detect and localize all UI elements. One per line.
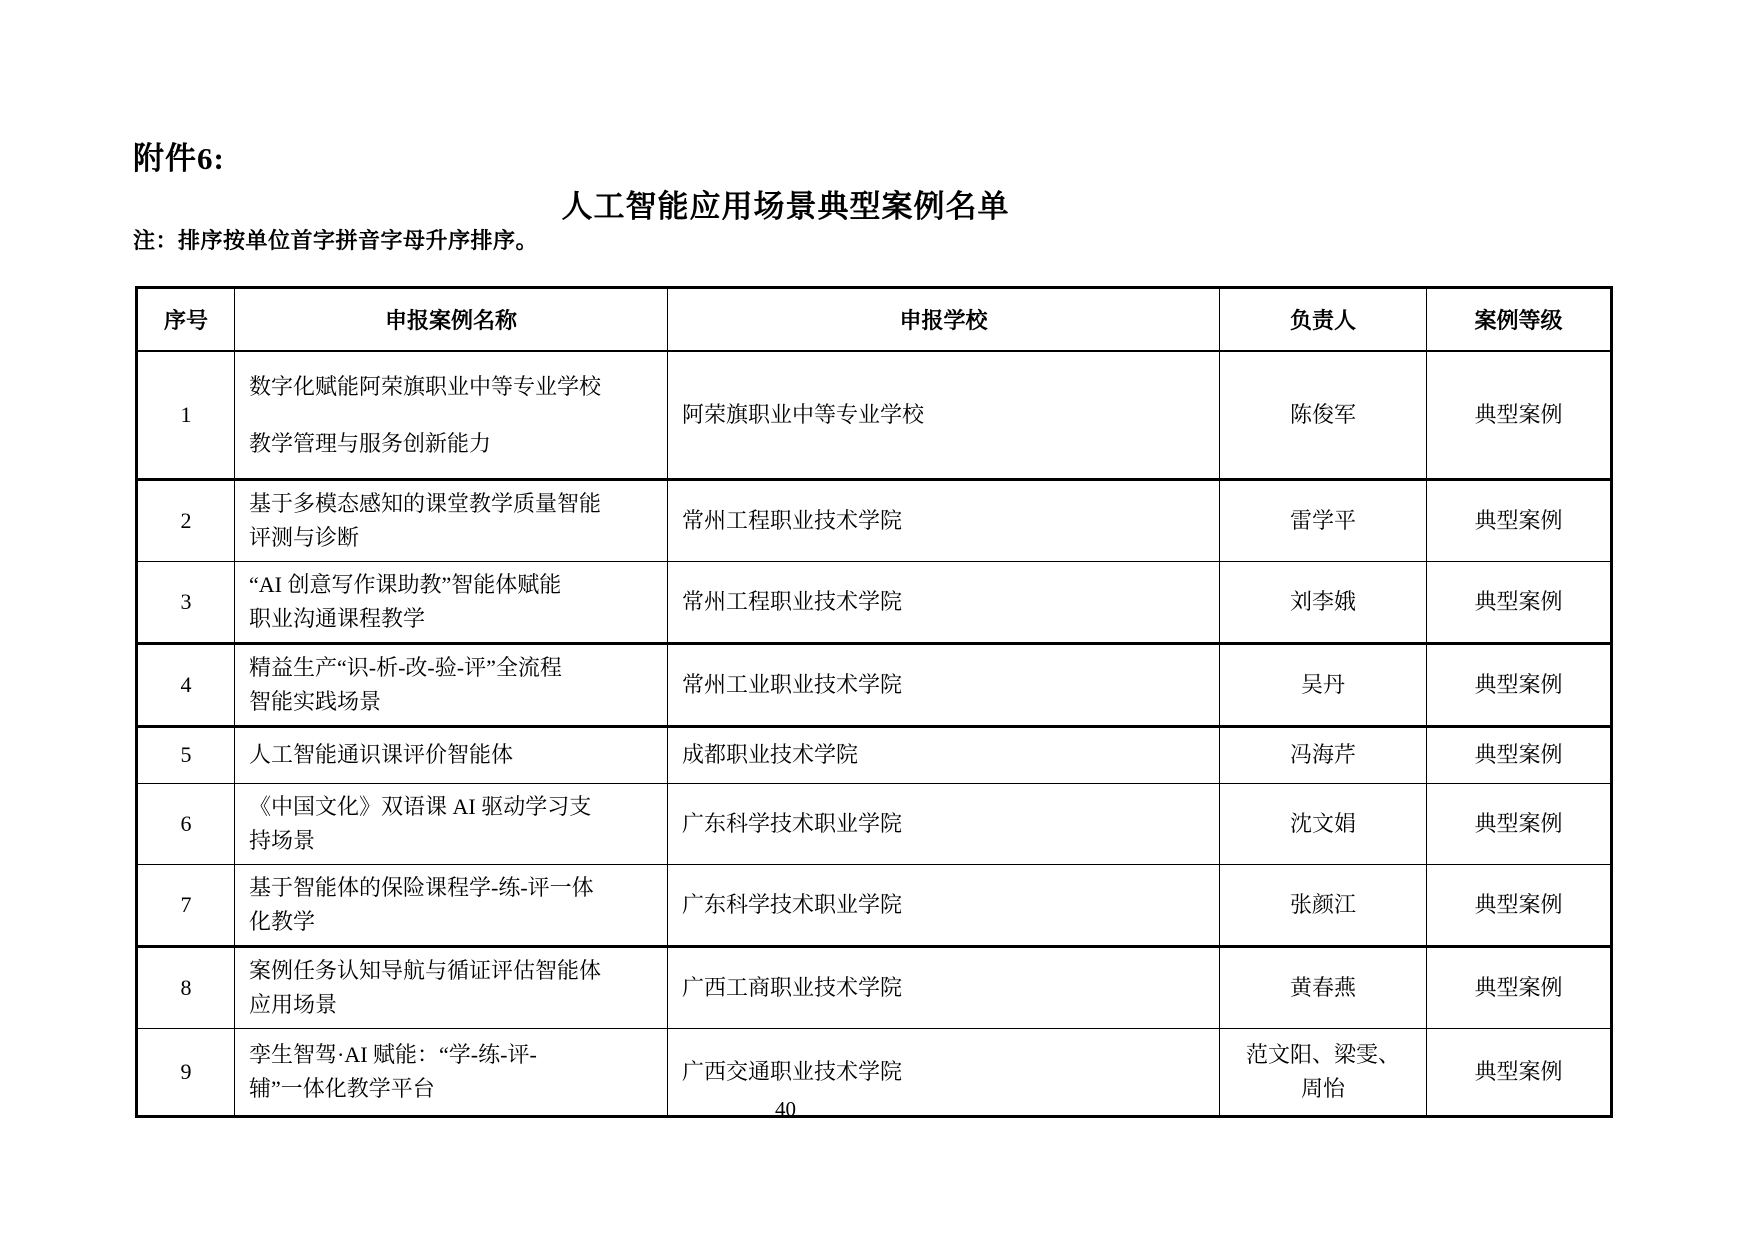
sort-note: 注：排序按单位首字拼音字母升序排序。 <box>133 224 538 255</box>
row-number: 1 <box>137 351 235 480</box>
table-row: 4 精益生产“识-析-改-验-评”全流程 智能实践场景 常州工业职业技术学院 吴… <box>137 643 1612 726</box>
case-level: 典型案例 <box>1427 351 1612 480</box>
column-header-no: 序号 <box>137 288 235 351</box>
column-header-case-name: 申报案例名称 <box>235 288 668 351</box>
school-name: 广东科学技术职业学院 <box>668 864 1220 946</box>
case-level: 典型案例 <box>1427 726 1612 783</box>
responsible-person: 陈俊军 <box>1220 351 1427 480</box>
case-name: 《中国文化》双语课 AI 驱动学习支 持场景 <box>235 783 668 864</box>
table-row: 3 “AI 创意写作课助教”智能体赋能 职业沟通课程教学 常州工程职业技术学院 … <box>137 561 1612 643</box>
row-number: 3 <box>137 561 235 643</box>
school-name: 广西工商职业技术学院 <box>668 946 1220 1028</box>
case-level: 典型案例 <box>1427 783 1612 864</box>
case-level: 典型案例 <box>1427 1028 1612 1116</box>
column-header-person: 负责人 <box>1220 288 1427 351</box>
table-row: 5 人工智能通识课评价智能体 成都职业技术学院 冯海芹 典型案例 <box>137 726 1612 783</box>
responsible-person: 沈文娟 <box>1220 783 1427 864</box>
column-header-level: 案例等级 <box>1427 288 1612 351</box>
school-name: 成都职业技术学院 <box>668 726 1220 783</box>
case-name: “AI 创意写作课助教”智能体赋能 职业沟通课程教学 <box>235 561 668 643</box>
row-number: 5 <box>137 726 235 783</box>
case-level: 典型案例 <box>1427 479 1612 561</box>
case-level: 典型案例 <box>1427 864 1612 946</box>
case-level: 典型案例 <box>1427 643 1612 726</box>
responsible-person: 雷学平 <box>1220 479 1427 561</box>
table-row: 1 数字化赋能阿荣旗职业中等专业学校 教学管理与服务创新能力 阿荣旗职业中等专业… <box>137 351 1612 480</box>
responsible-person: 张颜江 <box>1220 864 1427 946</box>
attachment-label: 附件6: <box>133 133 225 178</box>
responsible-person: 冯海芹 <box>1220 726 1427 783</box>
table-header: 序号 申报案例名称 申报学校 负责人 案例等级 <box>137 288 1612 351</box>
responsible-person: 吴丹 <box>1220 643 1427 726</box>
responsible-person: 黄春燕 <box>1220 946 1427 1028</box>
school-name: 常州工业职业技术学院 <box>668 643 1220 726</box>
school-name: 阿荣旗职业中等专业学校 <box>668 351 1220 480</box>
case-name: 数字化赋能阿荣旗职业中等专业学校 教学管理与服务创新能力 <box>235 351 668 480</box>
table-row: 7 基于智能体的保险课程学-练-评一体 化教学 广东科学技术职业学院 张颜江 典… <box>137 864 1612 946</box>
table-row: 2 基于多模态感知的课堂教学质量智能 评测与诊断 常州工程职业技术学院 雷学平 … <box>137 479 1612 561</box>
row-number: 8 <box>137 946 235 1028</box>
case-name: 人工智能通识课评价智能体 <box>235 726 668 783</box>
case-name: 基于多模态感知的课堂教学质量智能 评测与诊断 <box>235 479 668 561</box>
row-number: 4 <box>137 643 235 726</box>
responsible-person: 刘李娥 <box>1220 561 1427 643</box>
row-number: 7 <box>137 864 235 946</box>
page-number: 40 <box>133 1097 1438 1122</box>
cases-table: 序号 申报案例名称 申报学校 负责人 案例等级 1 数字化赋能阿荣旗职业中等专业… <box>135 286 1613 1118</box>
row-number: 2 <box>137 479 235 561</box>
page-title: 人工智能应用场景典型案例名单 <box>133 181 1438 226</box>
case-name: 基于智能体的保险课程学-练-评一体 化教学 <box>235 864 668 946</box>
school-name: 常州工程职业技术学院 <box>668 479 1220 561</box>
case-name: 精益生产“识-析-改-验-评”全流程 智能实践场景 <box>235 643 668 726</box>
row-number: 6 <box>137 783 235 864</box>
column-header-school: 申报学校 <box>668 288 1220 351</box>
case-level: 典型案例 <box>1427 946 1612 1028</box>
case-name: 案例任务认知导航与循证评估智能体 应用场景 <box>235 946 668 1028</box>
table-row: 6 《中国文化》双语课 AI 驱动学习支 持场景 广东科学技术职业学院 沈文娟 … <box>137 783 1612 864</box>
school-name: 广东科学技术职业学院 <box>668 783 1220 864</box>
table-row: 8 案例任务认知导航与循证评估智能体 应用场景 广西工商职业技术学院 黄春燕 典… <box>137 946 1612 1028</box>
case-level: 典型案例 <box>1427 561 1612 643</box>
school-name: 常州工程职业技术学院 <box>668 561 1220 643</box>
